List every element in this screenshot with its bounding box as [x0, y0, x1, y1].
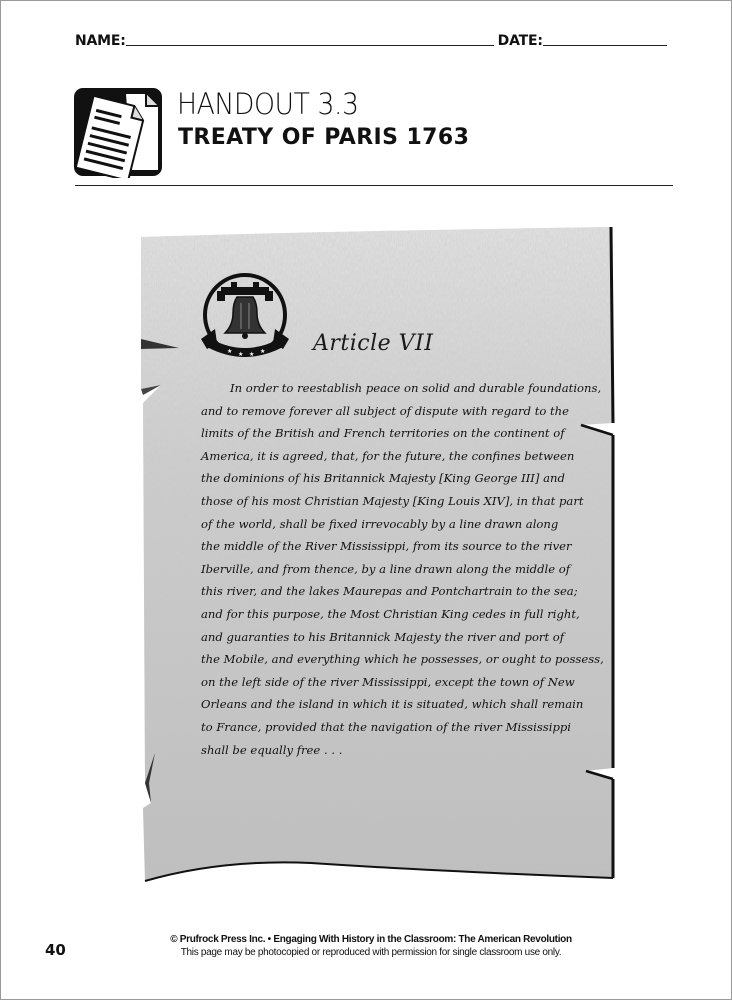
treaty-text: In order to reestablish peace on solid a…	[201, 377, 547, 761]
svg-text:★: ★	[260, 348, 265, 355]
text-line: of the world, shall be fixed irrevocably…	[201, 513, 547, 536]
text-line: the Mobile, and everything which he poss…	[201, 648, 547, 671]
copyright-line: © Prufrock Press Inc. • Engaging With Hi…	[151, 934, 591, 945]
handout-title: TREATY OF PARIS 1763	[178, 125, 469, 150]
date-label: DATE:	[498, 33, 543, 49]
text-line: and for this purpose, the Most Christian…	[201, 603, 547, 626]
permission-line: This page may be photocopied or reproduc…	[151, 947, 591, 958]
svg-text:★: ★	[227, 348, 232, 355]
text-line: Orleans and the island in which it is si…	[201, 693, 547, 716]
date-blank[interactable]	[543, 45, 667, 46]
text-line: Iberville, and from thence, by a line dr…	[201, 558, 547, 581]
text-line: the middle of the River Mississippi, fro…	[201, 535, 547, 558]
page-number: 40	[45, 941, 66, 959]
text-line: shall be equally free . . .	[201, 739, 547, 762]
text-line: those of his most Christian Majesty [Kin…	[201, 490, 547, 513]
liberty-bell-emblem-icon: ★ ★ ★ ★	[197, 273, 297, 363]
svg-text:★: ★	[249, 351, 254, 358]
text-line: In order to reestablish peace on solid a…	[201, 377, 547, 400]
text-line: and guaranties to his Britannick Majesty…	[201, 626, 547, 649]
handout-number: HANDOUT 3.3	[177, 87, 358, 121]
text-line: to France, provided that the navigation …	[201, 716, 547, 739]
svg-text:★: ★	[238, 351, 243, 358]
article-heading: Article VII	[313, 331, 433, 356]
name-label: NAME:	[75, 33, 126, 49]
text-line: America, it is agreed, that, for the fut…	[201, 445, 547, 468]
documents-icon	[74, 88, 164, 178]
text-line: the dominions of his Britannick Majesty …	[201, 467, 547, 490]
text-line: limits of the British and French territo…	[201, 422, 547, 445]
text-line: on the left side of the river Mississipp…	[201, 671, 547, 694]
header-divider	[75, 185, 673, 186]
text-line: this river, and the lakes Maurepas and P…	[201, 580, 547, 603]
name-blank[interactable]	[126, 45, 494, 46]
name-date-row: NAME: DATE:	[75, 29, 667, 49]
footer: © Prufrock Press Inc. • Engaging With Hi…	[151, 934, 591, 958]
text-line: and to remove forever all subject of dis…	[201, 400, 547, 423]
